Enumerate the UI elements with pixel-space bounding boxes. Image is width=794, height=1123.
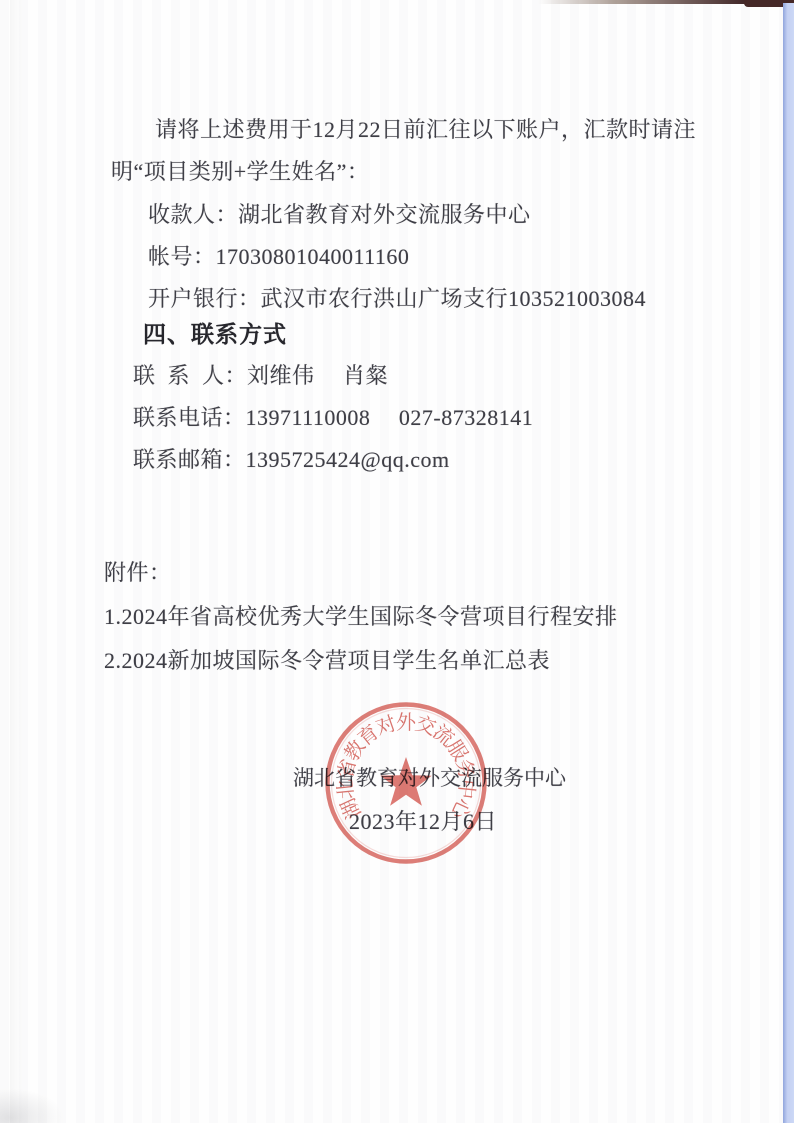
bank-line: 开户银行：武汉市农行洪山广场支行103521003084 — [148, 282, 646, 313]
scanned-document-page: 请将上述费用于12月22日前汇往以下账户，汇款时请注 明“项目类别+学生姓名”：… — [0, 0, 794, 1123]
star-icon — [380, 757, 431, 806]
remittance-note-line1: 请将上述费用于12月22日前汇往以下账户，汇款时请注 — [155, 113, 696, 144]
attachment-item-2: 2.2024新加坡国际冬令营项目学生名单汇总表 — [104, 644, 550, 675]
account-number-line: 帐号：17030801040011160 — [148, 240, 409, 271]
scan-fold-shadow — [10, 0, 23, 1123]
contact-phone-line: 联系电话：13971110008 027-87328141 — [133, 401, 533, 432]
official-seal-stamp: 湖北省教育对外交流服务中心 — [316, 693, 496, 873]
remittance-note-line2: 明“项目类别+学生姓名”： — [111, 155, 369, 186]
scan-right-edge-band — [783, 3, 794, 1123]
payee-line: 收款人：湖北省教育对外交流服务中心 — [148, 198, 531, 229]
contact-person-line: 联 系 人：刘维伟 肖粲 — [133, 359, 388, 390]
scan-smudge — [0, 1088, 64, 1123]
attachment-item-1: 1.2024年省高校优秀大学生国际冬令营项目行程安排 — [104, 600, 618, 631]
attachments-label: 附件： — [104, 556, 172, 587]
seal-arc-char: 务 — [451, 757, 478, 782]
contact-section-heading: 四、联系方式 — [143, 316, 287, 349]
contact-email-line: 联系邮箱：1395725424@qq.com — [133, 443, 450, 474]
